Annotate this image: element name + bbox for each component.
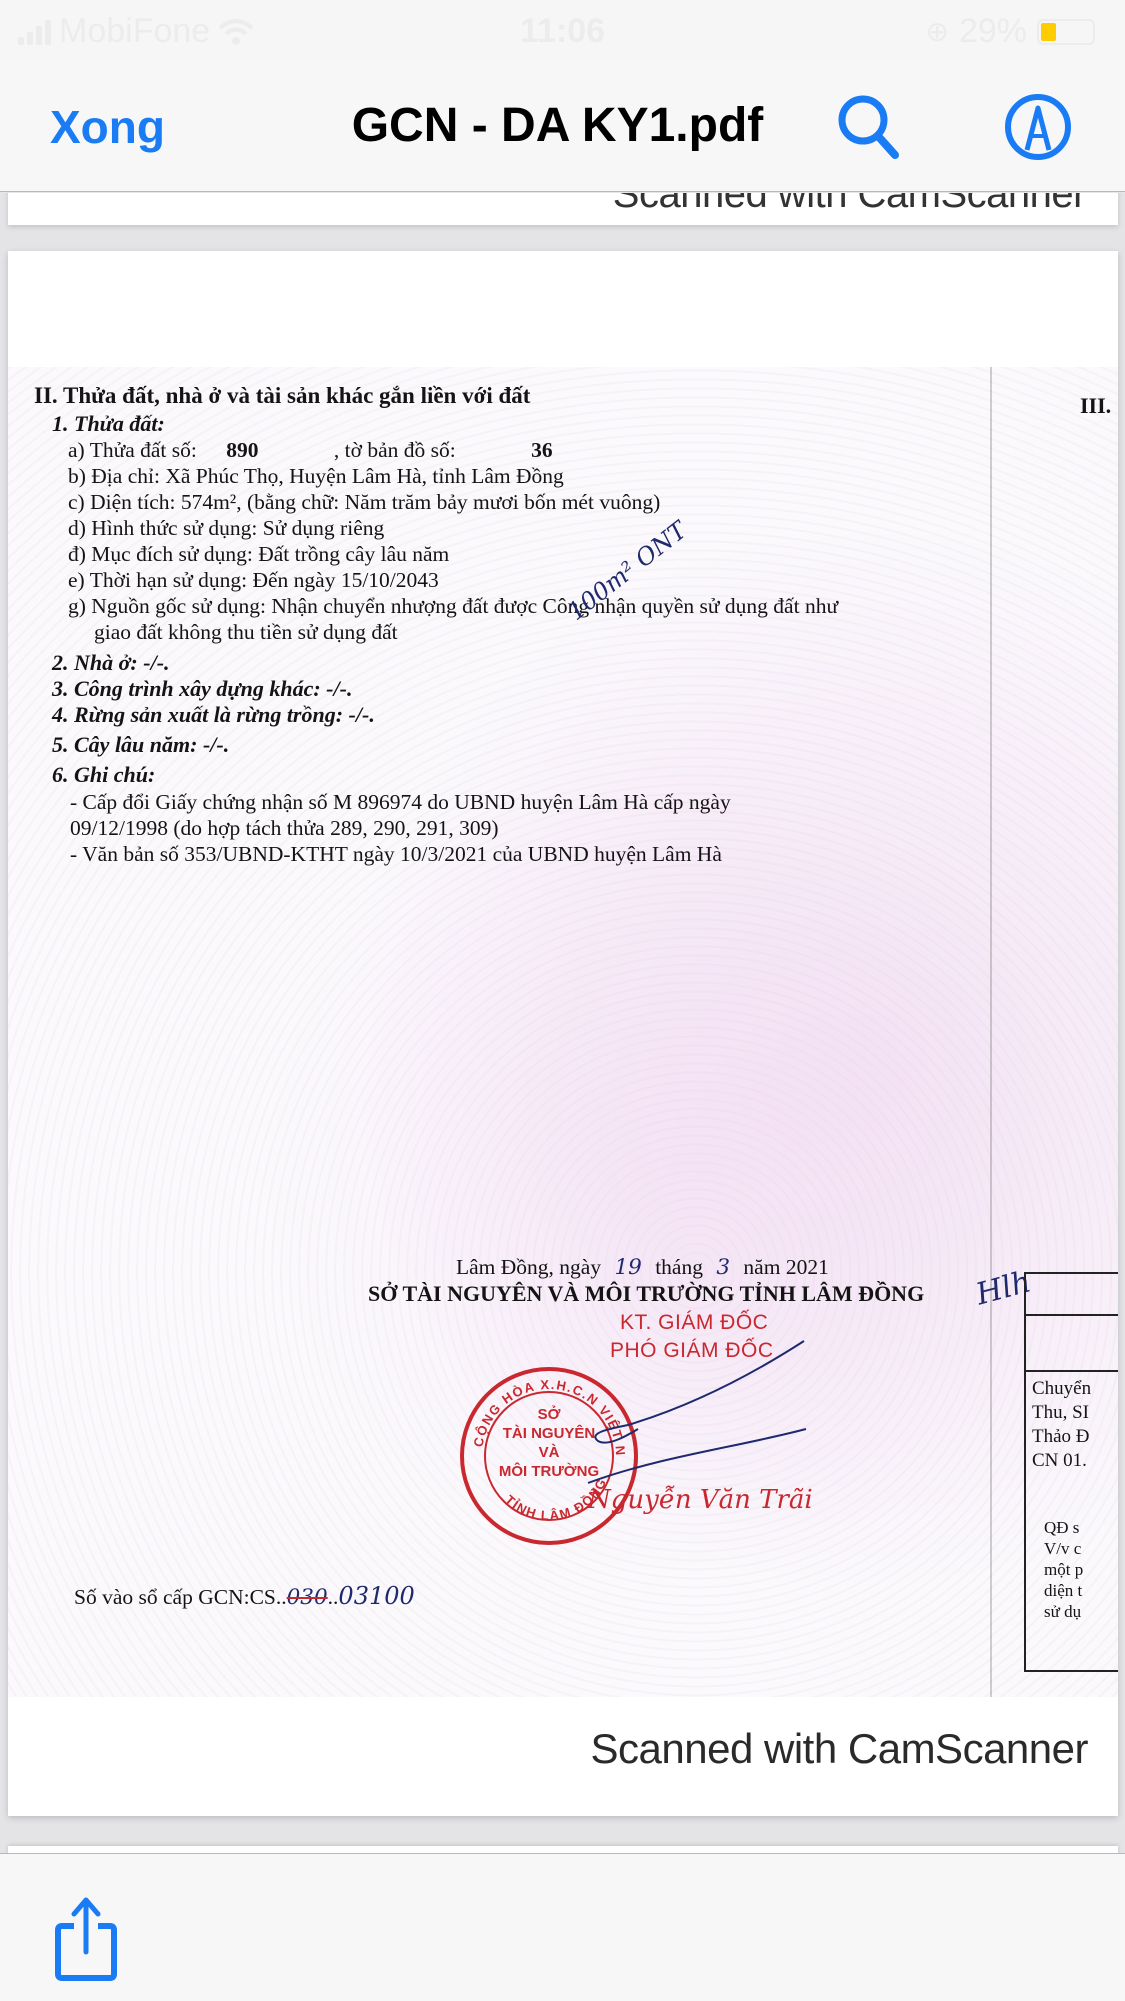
usage-form-line: d) Hình thức sử dụng: Sử dụng riêng	[68, 516, 384, 541]
section-4: 4. Rừng sản xuất là rừng trồng: -/-.	[52, 702, 375, 728]
share-icon	[52, 1894, 122, 1984]
date-year: năm 2021	[743, 1255, 828, 1279]
battery-percent: 29%	[959, 12, 1027, 51]
page-fold-line	[990, 367, 992, 1697]
section-5: 5. Cây lâu năm: -/-.	[52, 732, 229, 758]
side-line: sử dụ	[1044, 1601, 1083, 1622]
table-divider	[1026, 1370, 1118, 1372]
share-button[interactable]	[52, 1894, 122, 1984]
battery-area: ⊕ 29%	[925, 12, 1095, 51]
search-button[interactable]	[835, 92, 905, 162]
bottom-toolbar	[0, 1853, 1125, 2001]
issuing-authority: SỞ TÀI NGUYÊN VÀ MÔI TRƯỜNG TỈNH LÂM ĐỒN…	[368, 1281, 924, 1307]
side-line: CN 01.	[1032, 1449, 1091, 1473]
registry-label: Số vào sổ cấp GCN:CS..	[74, 1585, 287, 1609]
date-month-label: tháng	[655, 1255, 703, 1279]
parcel-number: 890	[226, 438, 258, 462]
orientation-lock-icon: ⊕	[925, 15, 948, 48]
address-line: b) Địa chỉ: Xã Phúc Thọ, Huyện Lâm Hà, t…	[68, 464, 564, 489]
scanned-certificate: II. Thửa đất, nhà ở và tài sản khác gắn …	[8, 367, 1118, 1697]
pdf-page: II. Thửa đất, nhà ở và tài sản khác gắn …	[8, 251, 1118, 1816]
usage-origin-line-1: g) Nguồn gốc sử dụng: Nhận chuyển nhượng…	[68, 594, 838, 619]
section-iii-marker: III.	[1080, 393, 1111, 419]
markup-pen-icon	[1003, 92, 1073, 162]
search-icon	[835, 92, 905, 162]
pdf-viewer[interactable]: Scanned with CamScanner II. Thửa đất, nh…	[0, 193, 1125, 1853]
side-line: QĐ s	[1044, 1517, 1083, 1538]
date-month: 3	[716, 1255, 730, 1280]
side-block-1: Chuyển Thu, SI Thảo Đ CN 01.	[1032, 1377, 1091, 1473]
markup-button[interactable]	[1003, 92, 1073, 162]
signer-name: Nguyễn Văn Trãi	[588, 1485, 813, 1515]
date-day: 19	[614, 1255, 641, 1280]
section-1-title: 1. Thửa đất:	[52, 411, 165, 437]
battery-level	[1041, 23, 1056, 41]
map-label: , tờ bản đồ số:	[334, 438, 456, 462]
usage-origin-line-2: giao đất không thu tiền sử dụng đất	[94, 620, 398, 645]
signature-icon	[568, 1337, 818, 1487]
note-line-1: - Cấp đổi Giấy chứng nhận số M 896974 do…	[70, 790, 731, 815]
page-footer: Scanned with CamScanner	[591, 1725, 1088, 1773]
note-line-3: - Văn bản số 353/UBND-KTHT ngày 10/3/202…	[70, 842, 722, 867]
side-block-2: QĐ s V/v c một p diện t sử dụ	[1044, 1517, 1083, 1622]
land-parcel-line: a) Thửa đất số: 890 , tờ bản đồ số: 36	[68, 438, 553, 463]
section-3: 3. Công trình xây dựng khác: -/-.	[52, 676, 352, 702]
issue-date-line: Lâm Đồng, ngày 19 tháng 3 năm 2021	[456, 1255, 829, 1280]
document-title: GCN - DA KY1.pdf	[0, 98, 1125, 153]
usage-purpose-line: đ) Mục đích sử dụng: Đất trồng cây lâu n…	[68, 542, 449, 567]
side-line: Chuyển	[1032, 1377, 1091, 1401]
note-line-2: 09/12/1998 (do hợp tách thửa 289, 290, 2…	[70, 816, 499, 841]
registry-struck-value: 030	[287, 1585, 328, 1610]
previous-page-footer: Scanned with CamScanner	[613, 193, 1086, 217]
area-line: c) Diện tích: 574m², (bằng chữ: Năm trăm…	[68, 490, 660, 515]
side-line: Thu, SI	[1032, 1401, 1091, 1425]
previous-page: Scanned with CamScanner	[8, 193, 1118, 225]
next-page	[8, 1846, 1118, 1853]
side-line: Thảo Đ	[1032, 1425, 1091, 1449]
parcel-label: a) Thửa đất số:	[68, 438, 197, 462]
section-2: 2. Nhà ở: -/-.	[52, 650, 170, 676]
map-number: 36	[531, 438, 553, 462]
section-6-title: 6. Ghi chú:	[52, 762, 155, 788]
signer-title-1: KT. GIÁM ĐỐC	[620, 1311, 768, 1335]
nav-bar: Xong GCN - DA KY1.pdf	[0, 62, 1125, 192]
status-bar: MobiFone 11:06 ⊕ 29%	[0, 0, 1125, 62]
side-line: V/v c	[1044, 1538, 1083, 1559]
registry-number-line: Số vào sổ cấp GCN:CS..030..03100	[74, 1582, 415, 1610]
side-line: một p	[1044, 1559, 1083, 1580]
usage-term-line: e) Thời hạn sử dụng: Đến ngày 15/10/2043	[68, 568, 439, 593]
date-prefix: Lâm Đồng, ngày	[456, 1255, 601, 1279]
battery-icon	[1037, 19, 1095, 45]
table-divider	[1026, 1314, 1118, 1316]
registry-value: 03100	[338, 1582, 414, 1610]
side-line: diện t	[1044, 1580, 1083, 1601]
section-ii-heading: II. Thửa đất, nhà ở và tài sản khác gắn …	[34, 383, 530, 409]
